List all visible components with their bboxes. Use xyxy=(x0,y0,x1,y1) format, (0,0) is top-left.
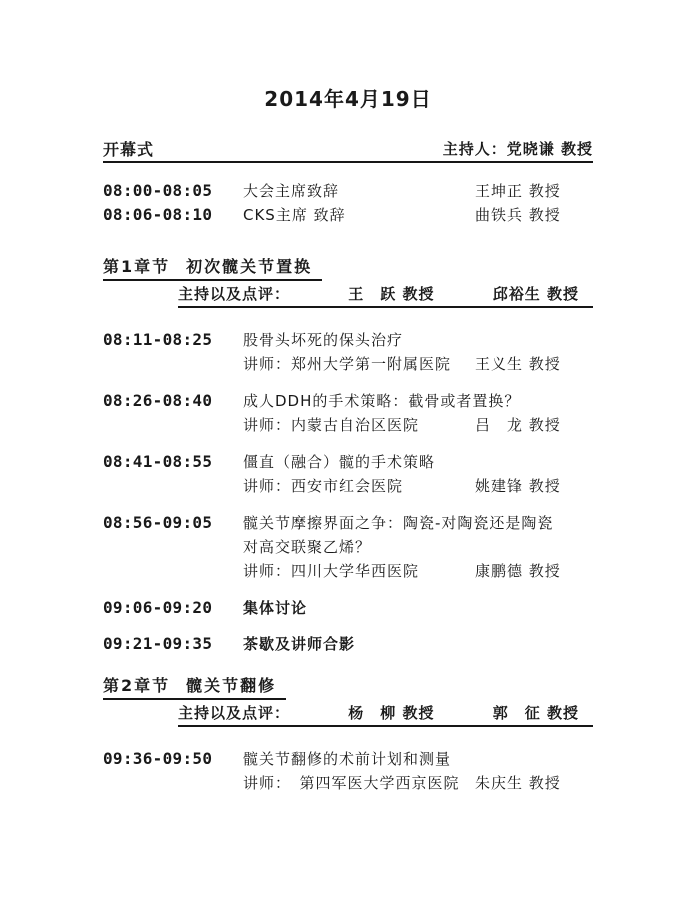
lecturer-hospital: 讲师：郑州大学第一附属医院 xyxy=(243,352,475,376)
event-title: CKS主席 致辞 xyxy=(243,203,475,227)
time-label: 08:26-08:40 xyxy=(103,389,243,413)
moderator-row: 主持以及点评： 杨 柳 教授 郭 征 教授 xyxy=(178,704,593,727)
section-2-talks: 09:36-09:50 髋关节翻修的术前计划和测量 讲师： 第四军医大学西京医院… xyxy=(103,747,593,795)
moderator-name: 邱裕生 教授 xyxy=(493,285,579,304)
time-label: 08:11-08:25 xyxy=(103,328,243,352)
speaker-name: 朱庆生 教授 xyxy=(475,771,593,795)
lecturer-hospital: 讲师：四川大学华西医院 xyxy=(243,559,475,583)
time-label: 09:06-09:20 xyxy=(103,596,243,620)
talk-title: 股骨头坏死的保头治疗 xyxy=(243,328,593,352)
lecturer-line: 讲师：内蒙古自治区医院 吕 龙 教授 xyxy=(243,413,593,437)
talk-row: 08:41-08:55 僵直（融合）髋的手术策略 讲师：西安市红会医院 姚建锋 … xyxy=(103,450,593,498)
section-2-heading: 第2章节 髋关节翻修 xyxy=(103,676,593,700)
schedule-row: 08:00-08:05 大会主席致辞 王坤正 教授 xyxy=(103,179,593,203)
opening-host: 主持人：党晓谦 教授 xyxy=(443,140,593,159)
section-1-talks: 08:11-08:25 股骨头坏死的保头治疗 讲师：郑州大学第一附属医院 王义生… xyxy=(103,328,593,656)
talk-title: 僵直（融合）髋的手术策略 xyxy=(243,450,593,474)
moderator-label: 主持以及点评： xyxy=(178,285,290,304)
lecturer-hospital: 讲师：内蒙古自治区医院 xyxy=(243,413,475,437)
time-label: 08:56-09:05 xyxy=(103,511,243,535)
talk-row: 09:36-09:50 髋关节翻修的术前计划和测量 讲师： 第四军医大学西京医院… xyxy=(103,747,593,795)
talk-title: 成人DDH的手术策略：截骨或者置换？ xyxy=(243,389,593,413)
time-label: 09:21-09:35 xyxy=(103,632,243,656)
event-title: 集体讨论 xyxy=(243,596,593,620)
opening-section-header: 开幕式 主持人：党晓谦 教授 xyxy=(103,140,593,163)
opening-items: 08:00-08:05 大会主席致辞 王坤正 教授 08:06-08:10 CK… xyxy=(103,179,593,227)
moderator-row: 主持以及点评： 王 跃 教授 邱裕生 教授 xyxy=(178,285,593,308)
section-title: 初次髋关节置换 xyxy=(186,257,312,277)
event-title: 茶歇及讲师合影 xyxy=(243,632,593,656)
talk-title: 髋关节摩擦界面之争：陶瓷-对陶瓷还是陶瓷 xyxy=(243,511,593,535)
speaker-name: 王坤正 教授 xyxy=(475,179,593,203)
section-1-heading: 第1章节 初次髋关节置换 xyxy=(103,257,593,281)
lecturer-line: 讲师：郑州大学第一附属医院 王义生 教授 xyxy=(243,352,593,376)
section-number: 第1章节 xyxy=(103,257,170,277)
schedule-row: 09:21-09:35 茶歇及讲师合影 xyxy=(103,632,593,656)
speaker-name: 王义生 教授 xyxy=(475,352,593,376)
lecturer-line: 讲师： 第四军医大学西京医院 朱庆生 教授 xyxy=(243,771,593,795)
section-title: 髋关节翻修 xyxy=(186,676,276,696)
lecturer-hospital: 讲师： 第四军医大学西京医院 xyxy=(243,771,475,795)
lecturer-line: 讲师：四川大学华西医院 康鹏德 教授 xyxy=(243,559,593,583)
time-label: 09:36-09:50 xyxy=(103,747,243,771)
speaker-name: 曲铁兵 教授 xyxy=(475,203,593,227)
moderator-label: 主持以及点评： xyxy=(178,704,290,723)
time-label: 08:00-08:05 xyxy=(103,179,243,203)
lecturer-hospital: 讲师：西安市红会医院 xyxy=(243,474,475,498)
talk-row: 08:26-08:40 成人DDH的手术策略：截骨或者置换？ 讲师：内蒙古自治区… xyxy=(103,389,593,437)
talk-title-continuation: 对高交联聚乙烯？ xyxy=(243,535,593,559)
conference-schedule-page: 2014年4月19日 开幕式 主持人：党晓谦 教授 08:00-08:05 大会… xyxy=(0,0,695,900)
speaker-name: 康鹏德 教授 xyxy=(475,559,593,583)
time-label: 08:06-08:10 xyxy=(103,203,243,227)
time-label: 08:41-08:55 xyxy=(103,450,243,474)
talk-title: 髋关节翻修的术前计划和测量 xyxy=(243,747,593,771)
schedule-row: 08:06-08:10 CKS主席 致辞 曲铁兵 教授 xyxy=(103,203,593,227)
opening-title: 开幕式 xyxy=(103,140,154,159)
moderator-name: 杨 柳 教授 xyxy=(348,704,434,723)
moderator-name: 王 跃 教授 xyxy=(348,285,434,304)
event-title: 大会主席致辞 xyxy=(243,179,475,203)
schedule-row: 09:06-09:20 集体讨论 xyxy=(103,596,593,620)
moderator-name: 郭 征 教授 xyxy=(493,704,579,723)
section-number: 第2章节 xyxy=(103,676,170,696)
talk-row: 08:56-09:05 髋关节摩擦界面之争：陶瓷-对陶瓷还是陶瓷 对高交联聚乙烯… xyxy=(103,511,593,583)
speaker-name: 姚建锋 教授 xyxy=(475,474,593,498)
talk-row: 08:11-08:25 股骨头坏死的保头治疗 讲师：郑州大学第一附属医院 王义生… xyxy=(103,328,593,376)
speaker-name: 吕 龙 教授 xyxy=(475,413,593,437)
page-title: 2014年4月19日 xyxy=(103,86,593,112)
lecturer-line: 讲师：西安市红会医院 姚建锋 教授 xyxy=(243,474,593,498)
